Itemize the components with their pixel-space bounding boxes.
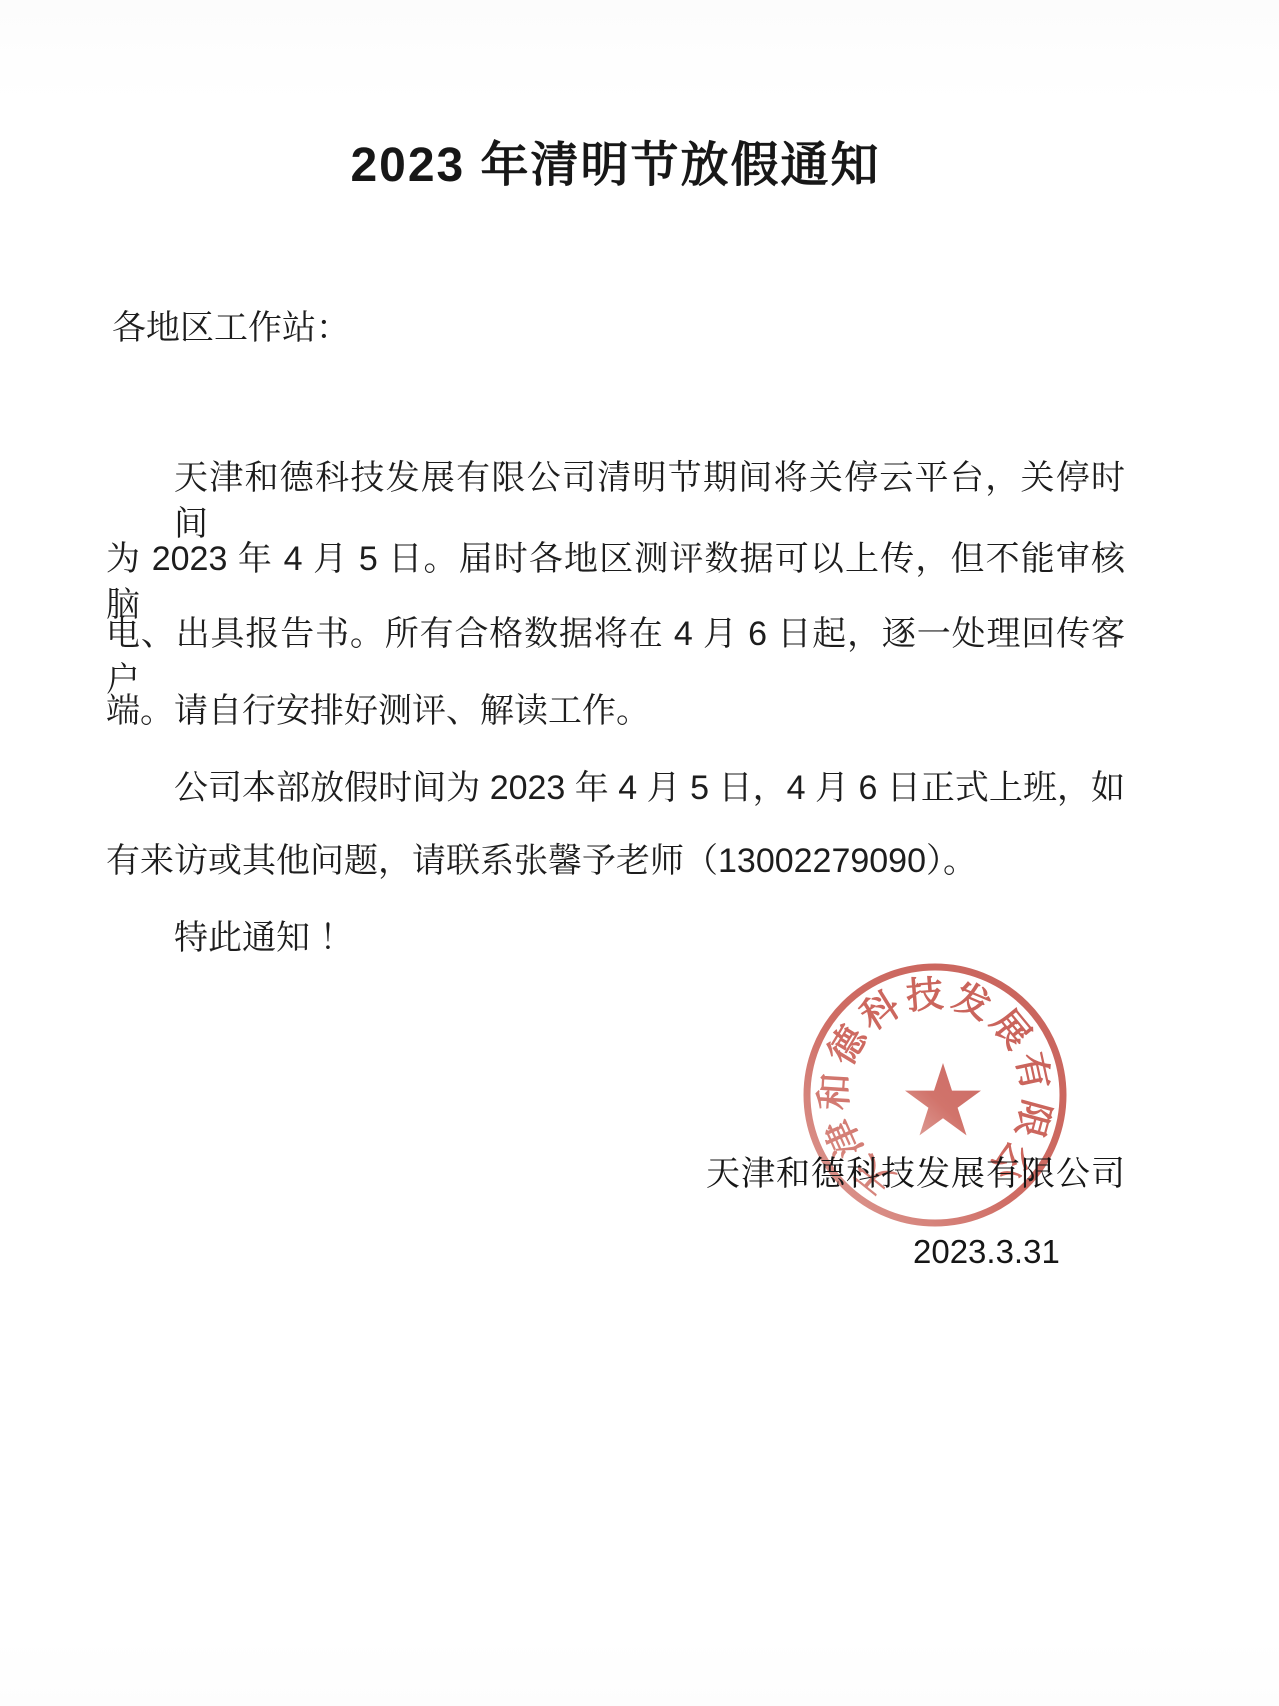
signature-date: 2023.3.31	[913, 1233, 1060, 1271]
body-line: 有来访或其他问题，请联系张馨予老师（13002279090）。	[106, 838, 1125, 884]
notice-document-page: 2023 年清明节放假通知 各地区工作站： 天津和德科技发展有限公司清明节期间将…	[0, 0, 1279, 1706]
salutation: 各地区工作站：	[112, 300, 350, 349]
star-icon	[905, 1063, 981, 1135]
body-line: 天津和德科技发展有限公司清明节期间将关停云平台，关停时间	[174, 455, 1125, 547]
document-title: 2023 年清明节放假通知	[106, 126, 1125, 195]
body-line: 端。请自行安排好测评、解读工作。	[106, 688, 1125, 734]
signature-company-name: 天津和德科技发展有限公司	[706, 1146, 1126, 1195]
company-seal-stamp: 天津和德科技发展有限公司	[785, 945, 1085, 1245]
body-line: 公司本部放假时间为 2023 年 4 月 5 日，4 月 6 日正式上班，如	[174, 765, 1125, 811]
